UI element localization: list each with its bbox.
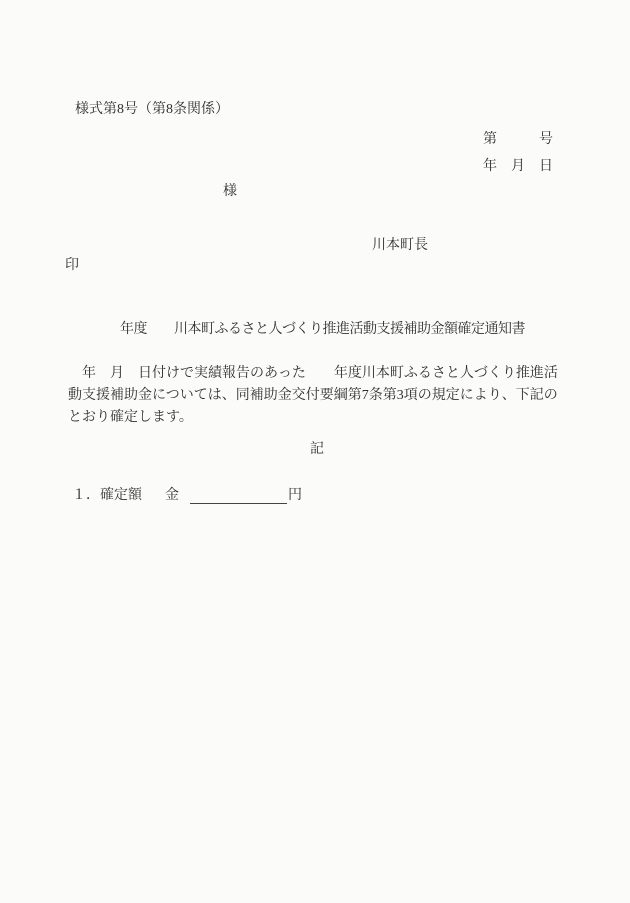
confirmed-amount-label: １．確定額 — [72, 489, 142, 503]
document-title: 年度 川本町ふるさと人づくり推進活動支援補助金額確定通知書 — [120, 323, 525, 337]
document-page: 様式第8号（第8条関係） 第 号 年 月 日 様 川本町長 印 年度 川本町ふる… — [0, 0, 630, 903]
issue-date-line: 年 月 日 — [483, 160, 553, 174]
document-number-line: 第 号 — [483, 133, 553, 147]
currency-prefix-label: 金 — [165, 489, 179, 503]
seal-mark: 印 — [65, 259, 79, 273]
issuer-name: 川本町長 — [372, 239, 428, 253]
addressee-honorific: 様 — [223, 185, 237, 199]
currency-suffix-label: 円 — [288, 489, 302, 503]
record-marker: 記 — [310, 443, 324, 457]
amount-fill-in-blank[interactable] — [190, 489, 287, 504]
form-number: 様式第8号（第8条関係） — [75, 103, 229, 117]
confirmed-amount-row: １．確定額 金 円 — [72, 489, 392, 507]
body-paragraph: 年 月 日付けで実績報告のあった 年度川本町ふるさと人づくり推進活 動支援補助金… — [68, 363, 568, 429]
